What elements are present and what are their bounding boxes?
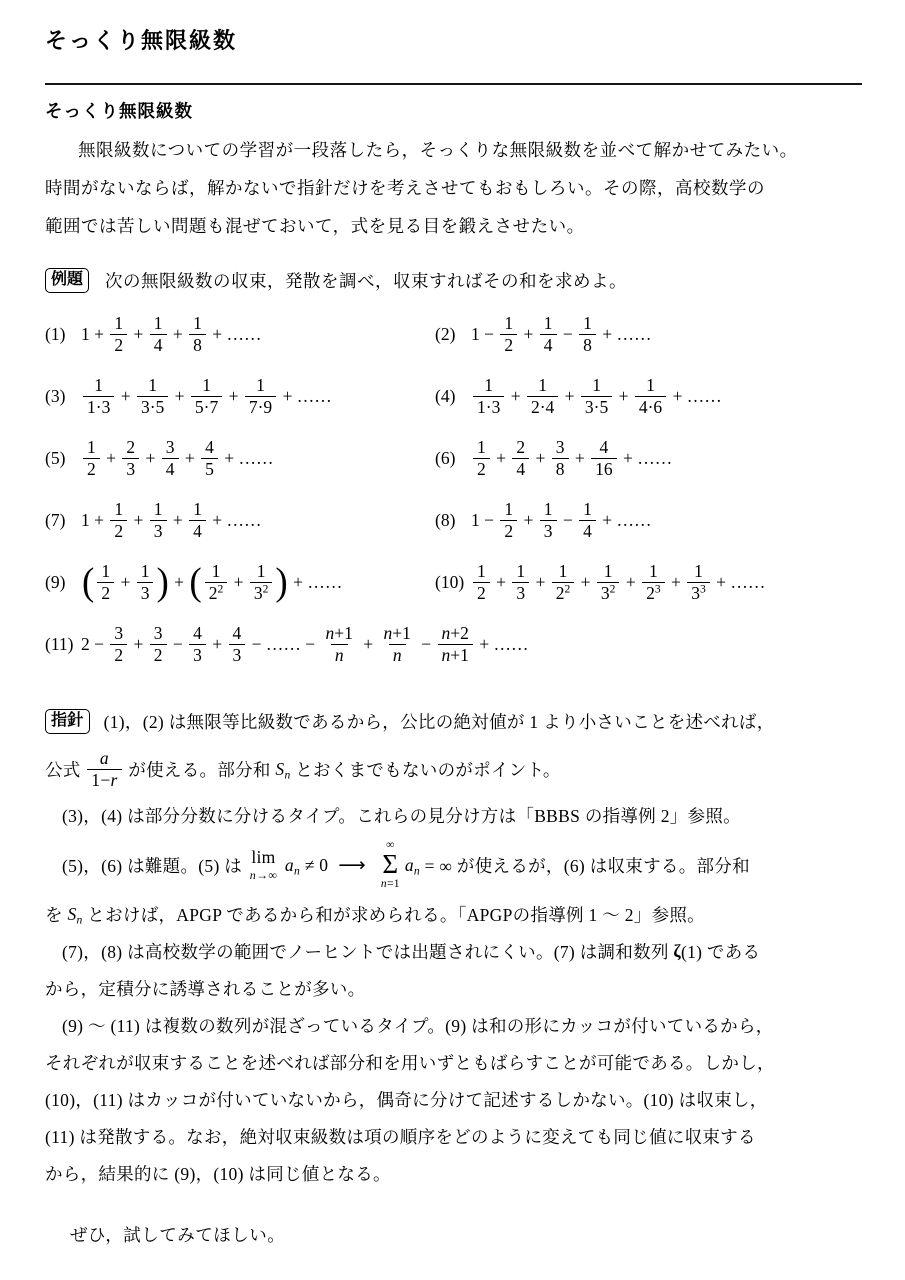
text-run: + <box>129 324 148 345</box>
fraction-numerator: 4 <box>201 437 218 458</box>
fraction: 133 <box>687 561 710 604</box>
fraction-denominator: 3 <box>150 520 167 542</box>
text-run: + …… <box>598 510 652 531</box>
text-run: + …… <box>712 572 766 593</box>
fraction-numerator: 1 <box>642 375 659 396</box>
problem-list: (1)1 + 12 + 14 + 18 + ……(2)1 − 12 + 14 −… <box>45 303 862 675</box>
guide-line: (9) ～ (11) は複数の数列が混ざっているタイプ。(9) は和の形にカッコ… <box>45 1007 862 1044</box>
fraction: 24 <box>512 437 529 480</box>
guide-line: (3)，(4) は部分分数に分けるタイプ。これらの見分け方は「BBBS の指導例… <box>45 797 862 834</box>
fraction: 12 <box>473 437 490 480</box>
problem-row: (7)1 + 12 + 13 + 14 + …… <box>45 489 435 551</box>
fraction-denominator: 2 <box>83 458 100 480</box>
text-run: + <box>116 386 135 407</box>
guide-line: (7)，(8) は高校数学の範囲でノーヒントでは出題されにくい。(7) は調和数… <box>45 933 862 970</box>
problem-number: (4) <box>435 386 471 407</box>
fraction: 15·7 <box>191 375 222 418</box>
text-run: から，結果的に (9)，(10) は同じ値となる。 <box>45 1161 391 1186</box>
fraction-denominator: 8 <box>189 334 206 356</box>
fraction: 23 <box>122 437 139 480</box>
fraction: n+1n <box>380 623 415 666</box>
guide-line: 公式 a1−r が使える。部分和 Sn とおくまでもないのがポイント。 <box>45 741 862 797</box>
text-run: + <box>519 510 538 531</box>
fraction-denominator: 5 <box>201 458 218 480</box>
problem-formula: (12 + 13) + (122 + 132) + …… <box>81 561 342 604</box>
fraction-numerator: 1 <box>137 561 154 582</box>
fraction: 45 <box>201 437 218 480</box>
fraction-numerator: 1 <box>534 375 551 396</box>
big-paren: ( <box>82 562 94 601</box>
text-run: − …… − <box>247 634 319 655</box>
text-run: + …… <box>220 448 274 469</box>
fraction-denominator: 2 <box>500 520 517 542</box>
text-run: + <box>492 572 511 593</box>
fraction-denominator: 7·9 <box>245 396 276 418</box>
fraction-denominator: 4 <box>540 334 557 356</box>
text-run: + …… <box>208 324 262 345</box>
fraction: 13 <box>137 561 154 604</box>
problem-row: (5)12 + 23 + 34 + 45 + …… <box>45 427 435 489</box>
fraction-numerator: 1 <box>473 561 490 582</box>
fraction: 14 <box>150 313 167 356</box>
text-run: 1 − <box>471 324 498 345</box>
fraction: 12 <box>97 561 114 604</box>
math-run: an <box>405 855 420 876</box>
problem-number: (7) <box>45 510 81 531</box>
fraction-numerator: 2 <box>122 437 139 458</box>
fraction: 12 <box>500 499 517 542</box>
text-run: + <box>492 448 511 469</box>
fraction-denominator: n+1 <box>438 644 473 666</box>
fraction-numerator: 1 <box>110 313 127 334</box>
text-run: + <box>560 386 579 407</box>
fraction-denominator: 4·6 <box>635 396 666 418</box>
text-run: + <box>129 634 148 655</box>
fraction: 43 <box>229 623 246 666</box>
fraction-denominator: 22 <box>552 582 575 604</box>
fraction-numerator: 1 <box>189 499 206 520</box>
fraction: 18 <box>579 313 596 356</box>
fraction: 38 <box>552 437 569 480</box>
intro-line: 無限級数についての学習が一段落したら，そっくりな無限級数を並べて解かせてみたい。 <box>45 131 862 169</box>
divider <box>45 83 862 85</box>
fraction-numerator: 3 <box>150 623 167 644</box>
fraction-numerator: 1 <box>473 437 490 458</box>
text-run: + …… <box>475 634 529 655</box>
fraction-denominator: 3 <box>122 458 139 480</box>
fraction-denominator: 5·7 <box>191 396 222 418</box>
fraction: a1−r <box>87 748 121 791</box>
problem-formula: 12 + 13 + 122 + 132 + 123 + 133 + …… <box>471 561 765 604</box>
fraction-numerator: 4 <box>229 623 246 644</box>
fraction-numerator: a <box>96 748 113 769</box>
problem-number: (2) <box>435 324 471 345</box>
text-run: を <box>45 902 67 927</box>
problem-row: (9)(12 + 13) + (122 + 132) + …… <box>45 551 435 613</box>
problem-formula: 1 + 12 + 14 + 18 + …… <box>81 313 262 356</box>
example-prompt: 次の無限級数の収束，発散を調べ，収束すればその和を求めよ。 <box>105 268 627 293</box>
fraction: 12 <box>110 499 127 542</box>
problem-formula: 1 − 12 + 13 − 14 + …… <box>471 499 652 542</box>
fraction-numerator: 1 <box>579 313 596 334</box>
fraction-denominator: 22 <box>205 582 228 604</box>
problem-formula: 12 + 23 + 34 + 45 + …… <box>81 437 274 480</box>
fraction: 14 <box>579 499 596 542</box>
problem-number: (5) <box>45 448 81 469</box>
fraction-denominator: 32 <box>250 582 273 604</box>
fraction-denominator: 3 <box>189 644 206 666</box>
fraction: 122 <box>205 561 228 604</box>
guide-line: から，定積分に誘導されることが多い。 <box>45 970 862 1007</box>
page-title: そっくり無限級数 <box>45 26 862 56</box>
text-run: + <box>614 386 633 407</box>
fraction-denominator: 1·3 <box>83 396 114 418</box>
text-run: ≠ 0 <box>300 855 328 876</box>
problem-formula: 1 + 12 + 13 + 14 + …… <box>81 499 262 542</box>
fraction-numerator: 1 <box>83 437 100 458</box>
summation-expression: ∞Σn=1 <box>381 840 400 891</box>
fraction-denominator: 3 <box>540 520 557 542</box>
bold-symbol: ζ <box>673 941 681 962</box>
fraction-denominator: 3 <box>137 582 154 604</box>
fraction-denominator: 2 <box>110 520 127 542</box>
text-run: + <box>208 634 227 655</box>
text-run: (1) である <box>681 939 760 964</box>
fraction-numerator: 1 <box>540 499 557 520</box>
fraction: 13·5 <box>581 375 612 418</box>
text-run: (1)，(2) は無限等比級数であるから，公比の絶対値が 1 より小さいことを述… <box>104 709 775 734</box>
fraction-denominator: 2 <box>473 582 490 604</box>
problem-number: (8) <box>435 510 471 531</box>
fraction: 416 <box>591 437 617 480</box>
problem-number: (6) <box>435 448 471 469</box>
problem-row: (10)12 + 13 + 122 + 132 + 123 + 133 + …… <box>435 551 862 613</box>
fraction-numerator: 3 <box>552 437 569 458</box>
sum-lower: n=1 <box>381 879 400 891</box>
text-run: + …… <box>619 448 673 469</box>
text-run: − <box>417 634 436 655</box>
fraction-denominator: 2 <box>97 582 114 604</box>
fraction-numerator: 1 <box>512 561 529 582</box>
problem-row: (2)1 − 12 + 14 − 18 + …… <box>435 303 862 365</box>
big-paren: ) <box>156 562 168 601</box>
guide-label: 指針 <box>45 709 90 734</box>
text-run: それぞれが収束することを述べれば部分和を用いずともばらすことが可能である。しかし… <box>45 1050 775 1075</box>
fraction-numerator: 1 <box>252 375 269 396</box>
fraction: 13 <box>150 499 167 542</box>
guide-line: それぞれが収束することを述べれば部分和を用いずともばらすことが可能である。しかし… <box>45 1044 862 1081</box>
text-run: 1 + <box>81 324 108 345</box>
problem-row: (3)11·3 + 13·5 + 15·7 + 17·9 + …… <box>45 365 435 427</box>
fraction-numerator: 3 <box>162 437 179 458</box>
problem-number: (3) <box>45 386 81 407</box>
problem-number: (9) <box>45 572 81 593</box>
fraction-denominator: 8 <box>552 458 569 480</box>
text-run: + <box>169 510 188 531</box>
fraction-numerator: 1 <box>500 313 517 334</box>
big-paren: ( <box>189 562 201 601</box>
text-run: とおくまでもないのがポイント。 <box>291 757 561 782</box>
fraction-denominator: 32 <box>597 582 620 604</box>
fraction: 12 <box>500 313 517 356</box>
text-run: + <box>576 572 595 593</box>
text-run: + <box>129 510 148 531</box>
problem-row: (8)1 − 12 + 13 − 14 + …… <box>435 489 862 551</box>
fraction: 13·5 <box>137 375 168 418</box>
fraction-numerator: 1 <box>110 499 127 520</box>
fraction: 12·4 <box>527 375 558 418</box>
fraction-numerator: n+2 <box>438 623 473 644</box>
fraction-denominator: 2 <box>473 458 490 480</box>
text-run: + …… <box>668 386 722 407</box>
fraction-denominator: 1·3 <box>473 396 504 418</box>
text-run: + <box>116 572 135 593</box>
fraction-denominator: 1−r <box>87 769 121 791</box>
text-run: (5)，(6) は難題。(5) は <box>62 853 247 878</box>
problem-formula: 11·3 + 12·4 + 13·5 + 14·6 + …… <box>471 375 722 418</box>
intro-line: 時間がないならば，解かないで指針だけを考えさせてもおもしろい。その際，高校数学の <box>45 169 862 207</box>
fraction: 14·6 <box>635 375 666 418</box>
fraction: 12 <box>110 313 127 356</box>
text-run: + <box>571 448 590 469</box>
fraction-numerator: 1 <box>588 375 605 396</box>
fraction-numerator: 4 <box>189 623 206 644</box>
document-page: そっくり無限級数 そっくり無限級数 無限級数についての学習が一段落したら，そっく… <box>0 0 905 1280</box>
fraction: 34 <box>162 437 179 480</box>
fraction: 123 <box>642 561 665 604</box>
text-run: + <box>667 572 686 593</box>
fraction: 12 <box>473 561 490 604</box>
fraction-denominator: n <box>389 644 406 666</box>
fraction-denominator: 8 <box>579 334 596 356</box>
math-run: an <box>285 855 300 876</box>
text-run: + <box>229 572 248 593</box>
intro-paragraph: 無限級数についての学習が一段落したら，そっくりな無限級数を並べて解かせてみたい。… <box>45 131 862 245</box>
limit-word: lim <box>251 849 275 867</box>
text-run: + <box>621 572 640 593</box>
text-run: 1 + <box>81 510 108 531</box>
fraction-numerator: n+1 <box>380 623 415 644</box>
text-run: 1 − <box>471 510 498 531</box>
fraction-denominator: 4 <box>579 520 596 542</box>
text-run: − <box>559 510 578 531</box>
long-right-arrow: ⟶ <box>338 854 366 876</box>
problem-number: (11) <box>45 634 81 655</box>
guide-section: 指針(1)，(2) は無限等比級数であるから，公比の絶対値が 1 より小さいこと… <box>45 701 862 1192</box>
fraction-denominator: 3·5 <box>137 396 168 418</box>
example-label: 例題 <box>45 268 89 293</box>
math-run: Sn <box>275 759 290 780</box>
text-run: (3)，(4) は部分分数に分けるタイプ。これらの見分け方は「BBBS の指導例… <box>62 803 741 828</box>
fraction-numerator: n+1 <box>322 623 357 644</box>
fraction-denominator: 16 <box>591 458 617 480</box>
guide-line: (10)，(11) はカッコが付いていないから，偶奇に分けて記述するしかない。(… <box>45 1081 862 1118</box>
fraction: 132 <box>250 561 273 604</box>
fraction: 14 <box>540 313 557 356</box>
guide-line: (5)，(6) は難題。(5) は limn→∞ an ≠ 0⟶∞Σn=1an … <box>45 834 862 896</box>
text-run: + <box>506 386 525 407</box>
text-run: + …… <box>208 510 262 531</box>
math-run: Sn <box>67 904 82 925</box>
fraction-numerator: 3 <box>110 623 127 644</box>
problem-formula: 2 − 32 + 32 − 43 + 43 − …… − n+1n + n+1n… <box>81 623 529 666</box>
fraction: 13 <box>512 561 529 604</box>
example-header: 例題 次の無限級数の収束，発散を調べ，収束すればその和を求めよ。 <box>45 268 862 293</box>
fraction-numerator: 4 <box>596 437 613 458</box>
fraction-numerator: 1 <box>150 499 167 520</box>
text-run: (9) ～ (11) は複数の数列が混ざっているタイプ。(9) は和の形にカッコ… <box>62 1013 774 1038</box>
text-run: 公式 <box>45 757 85 782</box>
text-run: + <box>531 572 550 593</box>
text-run: が使える。部分和 <box>124 757 276 782</box>
fraction-denominator: 2 <box>110 334 127 356</box>
text-run: + <box>170 386 189 407</box>
text-run: (7)，(8) は高校数学の範囲でノーヒントでは出題されにくい。(7) は調和数… <box>62 939 673 964</box>
fraction-denominator: 4 <box>150 334 167 356</box>
guide-line: (11) は発散する。なお，絶対収束級数は項の順序をどのように変えても同じ値に収… <box>45 1118 862 1155</box>
text-run: + <box>224 386 243 407</box>
fraction-numerator: 1 <box>97 561 114 582</box>
fraction-denominator: 2 <box>150 644 167 666</box>
fraction-numerator: 1 <box>189 313 206 334</box>
fraction-numerator: 1 <box>540 313 557 334</box>
text-run: − <box>169 634 188 655</box>
text-run: (10)，(11) はカッコが付いていないから，偶奇に分けて記述するしかない。(… <box>45 1087 768 1112</box>
fraction: 11·3 <box>473 375 504 418</box>
fraction-denominator: 2 <box>500 334 517 356</box>
sigma-symbol: Σ <box>382 852 398 878</box>
closing-line: ぜひ，試してみてほしい。 <box>45 1222 862 1247</box>
fraction: 132 <box>597 561 620 604</box>
text-run: + <box>102 448 121 469</box>
guide-line: から，結果的に (9)，(10) は同じ値となる。 <box>45 1155 862 1192</box>
fraction-denominator: 4 <box>162 458 179 480</box>
problem-number: (10) <box>435 572 471 593</box>
fraction: 17·9 <box>245 375 276 418</box>
fraction: 12 <box>83 437 100 480</box>
fraction-denominator: 3 <box>512 582 529 604</box>
fraction-numerator: 1 <box>555 561 572 582</box>
fraction-numerator: 1 <box>198 375 215 396</box>
text-run: + <box>519 324 538 345</box>
fraction-denominator: 4 <box>512 458 529 480</box>
problem-formula: 1 − 12 + 14 − 18 + …… <box>471 313 652 356</box>
text-run: + <box>170 572 189 593</box>
fraction: 11·3 <box>83 375 114 418</box>
fraction-denominator: 23 <box>642 582 665 604</box>
intro-line: 範囲では苦しい問題も混ぜておいて，式を見る目を鍛えさせたい。 <box>45 207 862 245</box>
fraction: 32 <box>110 623 127 666</box>
fraction-denominator: 2 <box>110 644 127 666</box>
text-run: + <box>531 448 550 469</box>
text-run: + …… <box>278 386 332 407</box>
text-run: から，定積分に誘導されることが多い。 <box>45 976 365 1001</box>
fraction-numerator: 1 <box>579 499 596 520</box>
guide-line: 指針(1)，(2) は無限等比級数であるから，公比の絶対値が 1 より小さいこと… <box>45 701 862 741</box>
fraction: 18 <box>189 313 206 356</box>
text-run: とおけば，APGP であるから和が求められる。「APGPの指導例 1 ～ 2」参… <box>83 902 705 927</box>
fraction-numerator: 1 <box>150 313 167 334</box>
fraction-denominator: 33 <box>687 582 710 604</box>
fraction-numerator: 1 <box>208 561 225 582</box>
text-run: − <box>559 324 578 345</box>
fraction-denominator: 2·4 <box>527 396 558 418</box>
text-run: + <box>169 324 188 345</box>
problem-row: (4)11·3 + 12·4 + 13·5 + 14·6 + …… <box>435 365 862 427</box>
fraction-numerator: 1 <box>600 561 617 582</box>
fraction: 43 <box>189 623 206 666</box>
problem-formula: 12 + 24 + 38 + 416 + …… <box>471 437 672 480</box>
big-paren: ) <box>275 562 287 601</box>
text-run: + <box>359 634 378 655</box>
text-run: + …… <box>289 572 343 593</box>
fraction-numerator: 1 <box>480 375 497 396</box>
problem-row: (11)2 − 32 + 32 − 43 + 43 − …… − n+1n + … <box>45 613 862 675</box>
fraction: 14 <box>189 499 206 542</box>
text-run: (11) は発散する。なお，絶対収束級数は項の順序をどのように変えても同じ値に収… <box>45 1124 756 1149</box>
fraction: n+1n <box>322 623 357 666</box>
fraction-numerator: 1 <box>90 375 107 396</box>
text-run: + <box>141 448 160 469</box>
problem-number: (1) <box>45 324 81 345</box>
problem-row: (6)12 + 24 + 38 + 416 + …… <box>435 427 862 489</box>
fraction-numerator: 1 <box>645 561 662 582</box>
fraction-numerator: 1 <box>144 375 161 396</box>
problem-formula: 11·3 + 13·5 + 15·7 + 17·9 + …… <box>81 375 332 418</box>
fraction: n+2n+1 <box>438 623 473 666</box>
fraction-numerator: 1 <box>253 561 270 582</box>
fraction: 13 <box>540 499 557 542</box>
text-run: = ∞ が使えるが，(6) は収束する。部分和 <box>420 853 750 878</box>
guide-line: を Sn とおけば，APGP であるから和が求められる。「APGPの指導例 1 … <box>45 896 862 933</box>
fraction-numerator: 1 <box>500 499 517 520</box>
fraction-denominator: 4 <box>189 520 206 542</box>
text-run: + <box>181 448 200 469</box>
fraction: 32 <box>150 623 167 666</box>
fraction-numerator: 1 <box>690 561 707 582</box>
fraction: 122 <box>552 561 575 604</box>
fraction-numerator: 2 <box>512 437 529 458</box>
limit-expression: limn→∞ <box>250 849 277 881</box>
problem-row: (1)1 + 12 + 14 + 18 + …… <box>45 303 435 365</box>
fraction-denominator: 3 <box>229 644 246 666</box>
text-run: 2 − <box>81 634 108 655</box>
fraction-denominator: n <box>331 644 348 666</box>
section-heading: そっくり無限級数 <box>45 98 862 124</box>
limit-subscript: n→∞ <box>250 869 277 881</box>
fraction-denominator: 3·5 <box>581 396 612 418</box>
text-run: + …… <box>598 324 652 345</box>
